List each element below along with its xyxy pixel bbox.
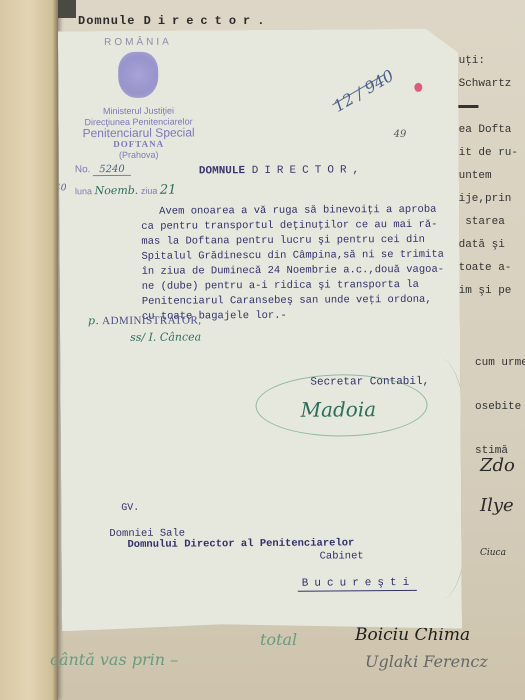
grey-handwritten-name: Uglaki Ferencz	[365, 652, 488, 671]
letterhead-stamp: ROMÂNIA Ministerul Justiţiei Direcţiunea…	[58, 36, 219, 161]
day-value: 21	[160, 183, 177, 198]
administrator-title: p. ADMINISTRATOR,	[88, 313, 202, 327]
administrator-signature: ss/ I. Câncea	[130, 330, 201, 343]
pink-ink-dot	[414, 83, 422, 92]
document-number: No. 5240	[75, 164, 131, 175]
underlying-right-column-lower: cum urme osebite stimă	[475, 352, 525, 462]
underlying-heading: Domnule Director.	[78, 14, 271, 28]
month-value: Noemb.	[95, 184, 139, 197]
postage-stamp-corner	[58, 0, 76, 18]
secretary-title: Secretar Contabil,	[310, 376, 429, 389]
letter-sheet: ROMÂNIA Ministerul Justiţiei Direcţiunea…	[58, 29, 462, 632]
pencil-mark: 49	[394, 129, 407, 140]
document-date: 40 luna Noemb. ziua 21	[75, 183, 176, 199]
salutation: DOMNULE DIRECTOR,	[199, 164, 365, 177]
letter-body: Avem onoarea a vă ruga să binevoiţi a ap…	[141, 203, 472, 325]
green-handwriting-mid: total	[260, 630, 297, 649]
secretary-signature: Madoia	[300, 397, 376, 422]
green-handwriting-left: cântă vas prin –	[50, 650, 178, 669]
underlying-right-column: nuţi: ,Schwartz ———— rea Dofta ait de ru…	[452, 50, 525, 303]
handwritten-name-2: Ilye	[480, 495, 514, 516]
registry-mark: 12 / 940	[330, 66, 397, 116]
coat-of-arms-icon	[118, 52, 158, 98]
document-number-value: 5240	[93, 164, 131, 176]
address-line-2: Domnului Director al Penitenciarelor	[127, 537, 354, 551]
address-city: Bucureşti	[298, 577, 418, 592]
handwritten-name-3: Ciuca	[480, 548, 506, 558]
letterhead-country: ROMÂNIA	[58, 36, 218, 48]
handwritten-name-1: Zdo	[480, 455, 515, 476]
typist-initials: GV.	[121, 503, 139, 514]
address-line-3: Cabinet	[320, 550, 364, 562]
binder-spine	[0, 0, 58, 700]
